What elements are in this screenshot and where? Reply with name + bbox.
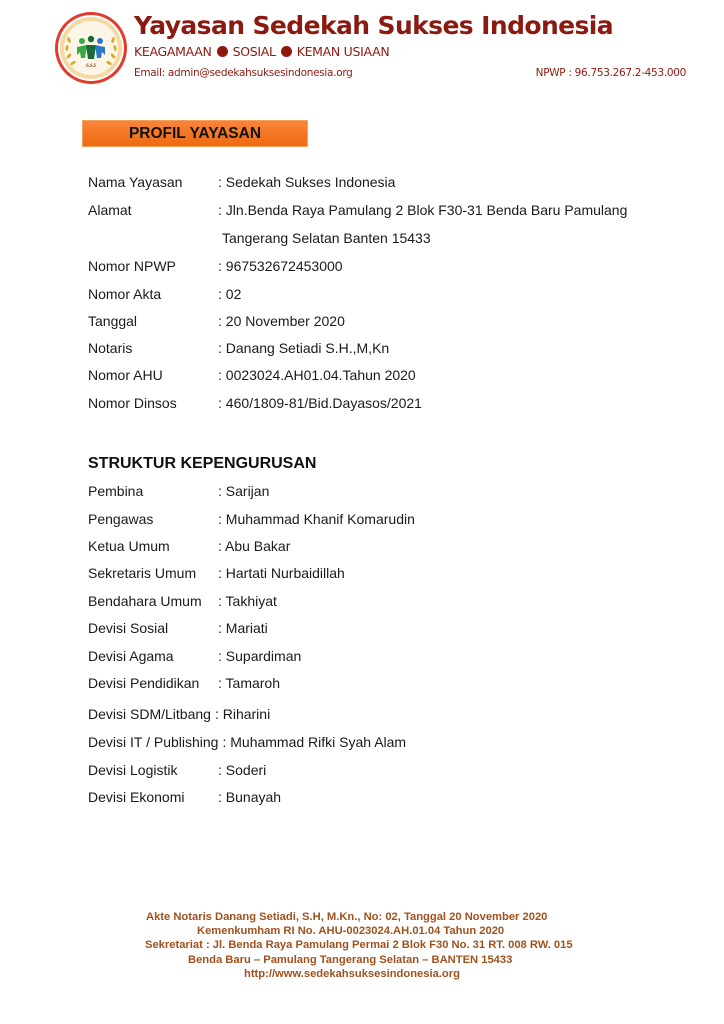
- info-value: : Muhammad Khanif Komarudin: [218, 511, 415, 527]
- info-row: Devisi Pendidikan: Tamaroh: [88, 675, 280, 691]
- info-row: Devisi Ekonomi: Bunayah: [88, 789, 281, 805]
- info-label: Devisi Sosial: [88, 620, 218, 636]
- footer: Akte Notaris Danang Setiadi, S.H, M.Kn.,…: [0, 910, 724, 981]
- info-value: : Bunayah: [218, 789, 281, 805]
- tagline-item: SOSIAL: [233, 44, 276, 59]
- info-label: Notaris: [88, 340, 218, 356]
- info-row: Devisi SDM/Litbang: Riharini: [88, 706, 270, 722]
- info-row: Sekretaris Umum: Hartati Nurbaidillah: [88, 565, 345, 581]
- info-label: Devisi IT / Publishing: [88, 734, 218, 750]
- info-value: : Takhiyat: [218, 593, 277, 609]
- info-label: Pembina: [88, 483, 218, 499]
- info-row: Nomor Dinsos: 460/1809-81/Bid.Dayasos/20…: [88, 395, 422, 411]
- info-row: Alamat: Jln.Benda Raya Pamulang 2 Blok F…: [88, 202, 627, 218]
- org-title: Yayasan Sedekah Sukses Indonesia: [134, 11, 613, 40]
- info-label: Ketua Umum: [88, 538, 218, 554]
- info-row: Devisi Agama: Supardiman: [88, 648, 301, 664]
- info-value: : 20 November 2020: [218, 313, 345, 329]
- info-label: Pengawas: [88, 511, 218, 527]
- info-row: Ketua Umum: Abu Bakar: [88, 538, 290, 554]
- info-row: Devisi IT / Publishing: Muhammad Rifki S…: [88, 734, 406, 750]
- info-row: Nomor Akta: 02: [88, 286, 241, 302]
- info-label: Nama Yayasan: [88, 174, 218, 190]
- info-value: : 0023024.AH01.04.Tahun 2020: [218, 367, 416, 383]
- info-row: Tanggal: 20 November 2020: [88, 313, 345, 329]
- footer-website-link[interactable]: http://www.sedekahsuksesindonesia.org: [244, 967, 724, 981]
- footer-line-notary: Akte Notaris Danang Setiadi, S.H, M.Kn.,…: [146, 910, 724, 924]
- info-row: Notaris: Danang Setiadi S.H.,M,Kn: [88, 340, 389, 356]
- info-label: Bendahara Umum: [88, 593, 218, 609]
- info-value: : Riharini: [215, 706, 270, 722]
- info-value: : Soderi: [218, 762, 266, 778]
- tagline: KEAGAMAAN SOSIAL KEMAN USIAAN: [134, 44, 389, 59]
- info-label: Devisi Logistik: [88, 762, 218, 778]
- info-label: Sekretaris Umum: [88, 565, 218, 581]
- info-row: Pengawas: Muhammad Khanif Komarudin: [88, 511, 415, 527]
- npwp-number: NPWP : 96.753.267.2-453.000: [536, 67, 686, 79]
- structure-heading: STRUKTUR KEPENGURUSAN: [88, 455, 316, 473]
- foundation-logo-icon: S.S.I: [53, 10, 129, 86]
- info-label: Devisi Agama: [88, 648, 218, 664]
- info-label: Nomor NPWP: [88, 258, 218, 274]
- info-label: Alamat: [88, 202, 218, 218]
- info-label: Nomor Dinsos: [88, 395, 218, 411]
- svg-text:S.S.I: S.S.I: [86, 64, 96, 69]
- info-value: : Mariati: [218, 620, 268, 636]
- info-label: Devisi Pendidikan: [88, 675, 218, 691]
- info-label: Nomor AHU: [88, 367, 218, 383]
- bullet-dot-icon: [281, 46, 292, 57]
- info-row: Nama Yayasan: Sedekah Sukses Indonesia: [88, 174, 395, 190]
- profile-banner: PROFIL YAYASAN: [82, 120, 308, 147]
- email-address: Email: admin@sedekahsuksesindonesia.org: [134, 67, 353, 79]
- info-value: : 02: [218, 286, 241, 302]
- info-row: Bendahara Umum: Takhiyat: [88, 593, 277, 609]
- info-label: Devisi Ekonomi: [88, 789, 218, 805]
- info-value: : Jln.Benda Raya Pamulang 2 Blok F30-31 …: [218, 202, 627, 218]
- info-value: : Tamaroh: [218, 675, 280, 691]
- info-label: Nomor Akta: [88, 286, 218, 302]
- info-value: : Sarijan: [218, 483, 269, 499]
- info-value: : 967532672453000: [218, 258, 343, 274]
- bullet-dot-icon: [217, 46, 228, 57]
- footer-line-secretariat: Sekretariat : Jl. Benda Raya Pamulang Pe…: [145, 938, 724, 952]
- info-value: : Sedekah Sukses Indonesia: [218, 174, 395, 190]
- info-value: : Supardiman: [218, 648, 301, 664]
- info-value: : Danang Setiadi S.H.,M,Kn: [218, 340, 389, 356]
- info-label: Devisi SDM/Litbang: [88, 706, 211, 722]
- tagline-item: KEMAN USIAAN: [297, 44, 390, 59]
- footer-line-kemenkumham: Kemenkumham RI No. AHU-0023024.AH.01.04 …: [197, 924, 724, 938]
- info-row: Nomor AHU: 0023024.AH01.04.Tahun 2020: [88, 367, 416, 383]
- info-value: : Abu Bakar: [218, 538, 290, 554]
- footer-line-region: Benda Baru – Pamulang Tangerang Selatan …: [188, 953, 724, 967]
- info-value: : Hartati Nurbaidillah: [218, 565, 345, 581]
- info-row: Devisi Logistik: Soderi: [88, 762, 266, 778]
- info-row: Devisi Sosial: Mariati: [88, 620, 268, 636]
- info-value: : 460/1809-81/Bid.Dayasos/2021: [218, 395, 422, 411]
- info-value: : Muhammad Rifki Syah Alam: [222, 734, 406, 750]
- info-value-continuation: Tangerang Selatan Banten 15433: [222, 230, 431, 246]
- info-label: Tanggal: [88, 313, 218, 329]
- tagline-item: KEAGAMAAN: [134, 44, 212, 59]
- info-row: Nomor NPWP: 967532672453000: [88, 258, 343, 274]
- info-row: Pembina: Sarijan: [88, 483, 269, 499]
